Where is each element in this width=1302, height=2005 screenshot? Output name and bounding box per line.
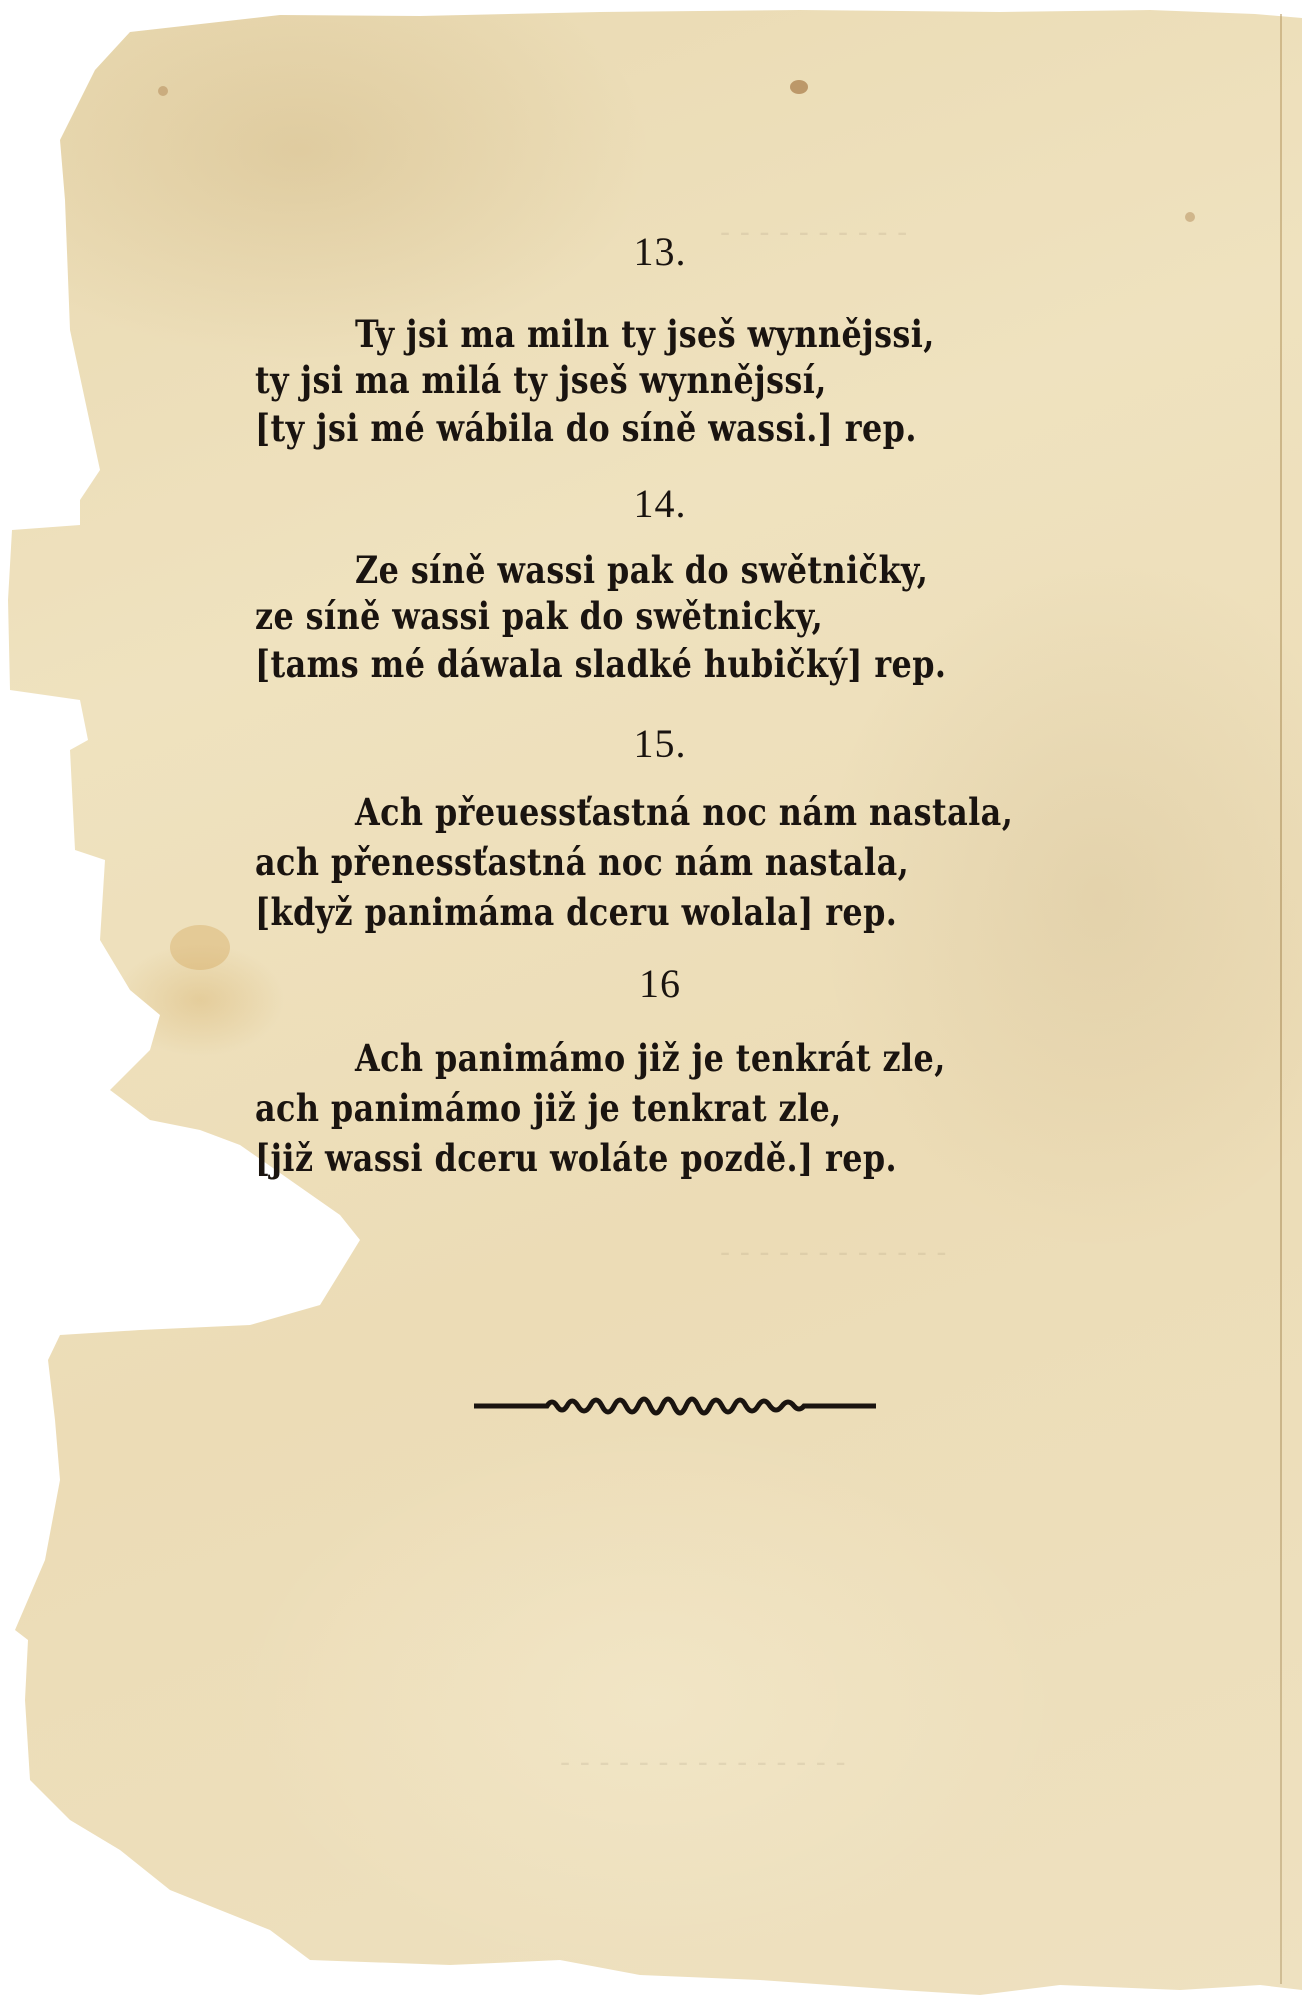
verse-line: ty jsi ma milá ty jseš wynnějssí, — [255, 358, 827, 402]
wavy-rule-ornament — [472, 1388, 878, 1422]
verse-line: Ach přeuessťastná noc nám nastala, — [355, 790, 1013, 834]
verse-number: 14. — [0, 480, 1302, 527]
verse-line: Ach panimámo již je tenkrát zle, — [355, 1036, 946, 1080]
verse-number: 16 — [0, 960, 1302, 1007]
verse-line: Ze síně wassi pak do swětničky, — [355, 548, 928, 592]
verse-number: 15. — [0, 720, 1302, 767]
verse-line: [ty jsi mé wábila do síně wassi.] rep. — [255, 406, 917, 450]
verse-line: ach přenessťastná noc nám nastala, — [255, 840, 909, 884]
verse-line: Ty jsi ma miln ty jseš wynnějssi, — [355, 312, 935, 356]
verse-line: [tams mé dáwala sladké hubičký] rep. — [255, 642, 946, 686]
song-text: 13. Ty jsi ma miln ty jseš wynnějssi, ty… — [0, 0, 1302, 2005]
verse-number: 13. — [0, 228, 1302, 275]
verse-line: ach panimámo již je tenkrat zle, — [255, 1086, 842, 1130]
verse-line: [když panimáma dceru wolala] rep. — [255, 890, 897, 934]
verse-line: ze síně wassi pak do swětnicky, — [255, 594, 823, 638]
verse-line: [již wassi dceru woláte pozdě.] rep. — [255, 1136, 897, 1180]
